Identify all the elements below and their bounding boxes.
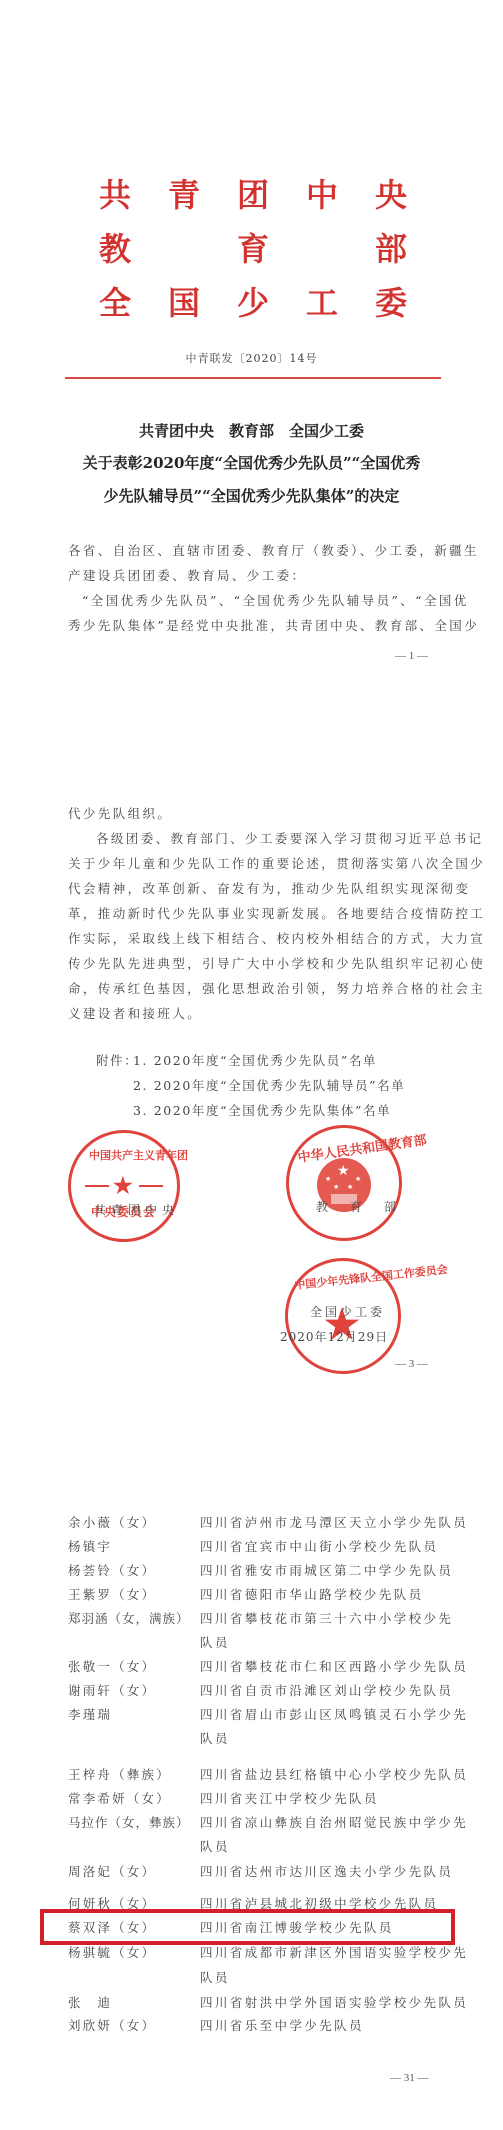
awardee-name: 马拉作（女，彝族） [68,1817,190,1830]
letterhead-char: 少 [237,287,269,319]
seal-ring-text: 中华人民共和国教育部 [296,1129,427,1166]
signer-pioneers: 全国少工委 [310,1303,385,1320]
league-seal: 中国共产主义青年团 ★ 中央委员会 [68,1130,180,1242]
issue-date: 2020年12月29日 [280,1328,388,1345]
body-line: “全国优秀少先队员”、“全国优秀少先队辅导员”、“全国优 [82,595,458,608]
awardee-school-cont: 队员 [200,1733,230,1746]
attachment-item: 2. 2020年度“全国优秀少先队辅导员”名单 [133,1080,405,1093]
awardee-name: 杨荟铃（女） [68,1565,156,1578]
awardee-name: 李瑾瑞 [68,1709,112,1722]
letterhead-char: 育 [237,233,269,265]
awardee-name: 王紫罗（女） [68,1589,156,1602]
signer-league: 共青团中央 [94,1201,179,1218]
letterhead-char: 委 [375,287,407,319]
awardee-name: 张敬一（女） [68,1661,156,1674]
awardee-school-cont: 队员 [200,1841,230,1854]
body-line: 代少先队组织。 [68,808,444,821]
awardee-school-cont: 队员 [200,1972,230,1985]
letterhead-char: 教 [99,233,131,265]
document-number: 中青联发〔2020〕14号 [0,350,503,366]
page-number: — 31 — [390,2072,429,2084]
awardee-school: 四川省宜宾市中山街小学校少先队员 [200,1541,438,1554]
awardee-school: 四川省凉山彝族自治州昭觉民族中学少先 [200,1817,468,1830]
awardee-name: 杨镇宇 [68,1541,112,1554]
awardee-school: 四川省乐至中学少先队员 [200,2020,364,2033]
body-line: 产建设兵团团委、教育局、少工委： [68,570,444,583]
seal-ring-text: 中国少年先锋队全国工作委员会 [294,1261,449,1293]
awardee-school: 四川省射洪中学外国语实验学校少先队员 [200,1997,468,2010]
awardee-school: 四川省夹江中学校少先队员 [200,1793,379,1806]
ministry-seal: 中华人民共和国教育部 ★ ★ ★ ★ ★ [286,1125,402,1241]
body-line: 各级团委、教育部门、少工委要深入学习贯彻习近平总书记 [96,833,444,846]
body-line: 代会精神，改革创新、奋发有为，推动少先队组织实现深彻变 [68,883,444,896]
letterhead-char: 央 [375,179,407,211]
attachments-label: 附件： [96,1055,138,1068]
awardee-name: 郑羽涵（女，满族） [68,1613,190,1626]
awardee-school: 四川省盐边县红格镇中心小学校少先队员 [200,1769,468,1782]
highlight-box [40,1909,455,1945]
awardee-school: 四川省自贡市沿滩区刘山学校少先队员 [200,1685,453,1698]
title-issuers: 共青团中央 教育部 全国少工委 [0,424,503,439]
awardee-name: 杨骐毓（女） [68,1947,156,1960]
awardee-name: 周洛妃（女） [68,1866,156,1879]
body-line: 命，传承红色基因，强化思想政治引领，努力培养合格的社会主 [68,983,444,996]
seal-line [139,1185,163,1187]
red-divider [65,377,441,379]
page-number: — 1 — [395,650,428,662]
signer-ministry: 教 育 部 [316,1198,401,1215]
letterhead-char: 青 [168,179,200,211]
page-number: — 3 — [395,1358,428,1370]
title-line-2: 关于表彰2020年度“全国优秀少先队员”“全国优秀 [0,456,503,471]
body-line: 传少先队先进典型，引导广大中小学校和少先队组织牢记初心使 [68,958,444,971]
body-line: 关于少年儿童和少先队工作的重要论述，贯彻落实第八次全国少 [68,858,444,871]
awardee-name: 王梓舟（彝族） [68,1769,171,1782]
title-line-3: 少先队辅导员”“全国优秀少先队集体”的决定 [0,489,503,504]
awardee-school: 四川省眉山市彭山区凤鸣镇灵石小学少先 [200,1709,468,1722]
letterhead-char: 共 [99,179,131,211]
letterhead-char: 部 [375,233,407,265]
awardee-name: 余小薇（女） [68,1517,156,1530]
body-line: 秀少先队集体”是经党中央批准，共青团中央、教育部、全国少 [68,620,444,633]
awardee-school-cont: 队员 [200,1637,230,1650]
letterhead-char: 中 [306,179,338,211]
letterhead-char: 全 [99,287,131,319]
attachment-item: 3. 2020年度“全国优秀少先队集体”名单 [133,1105,391,1118]
awardee-school: 四川省德阳市华山路学校少先队员 [200,1589,424,1602]
seal-line [85,1185,109,1187]
awardee-school: 四川省雅安市雨城区第二中学少先队员 [200,1565,453,1578]
seal-ring-text: 中国共产主义青年团 [89,1147,188,1163]
body-line: 作实际，采取线上线下相结合、校内校外相结合的方式，大力宣 [68,933,444,946]
awardee-name: 刘欣妍（女） [68,2020,156,2033]
letterhead-char: 工 [306,287,338,319]
awardee-school: 四川省成都市新津区外国语实验学校少先 [200,1947,468,1960]
body-line: 各省、自治区、直辖市团委、教育厅（教委）、少工委，新疆生 [68,545,444,558]
letterhead-char: 团 [237,179,269,211]
attachment-item: 1. 2020年度“全国优秀少先队员”名单 [133,1055,377,1068]
awardee-school: 四川省泸州市龙马潭区天立小学少先队员 [200,1517,468,1530]
awardee-school: 四川省攀枝花市仁和区西路小学少先队员 [200,1661,468,1674]
letterhead-char: 国 [168,287,200,319]
star-icon: ★ [113,1173,133,1199]
awardee-name: 谢雨轩（女） [68,1685,156,1698]
awardee-name: 常李希妍（女） [68,1793,171,1806]
awardee-school: 四川省达州市达川区逸夫小学少先队员 [200,1866,453,1879]
awardee-school: 四川省攀枝花市第三十六中小学校少先 [200,1613,453,1626]
body-line: 义建设者和接班人。 [68,1008,444,1021]
awardee-name: 张 迪 [68,1997,112,2010]
body-line: 革，推动新时代少先队事业实现新发展。各地要结合疫情防控工 [68,908,444,921]
